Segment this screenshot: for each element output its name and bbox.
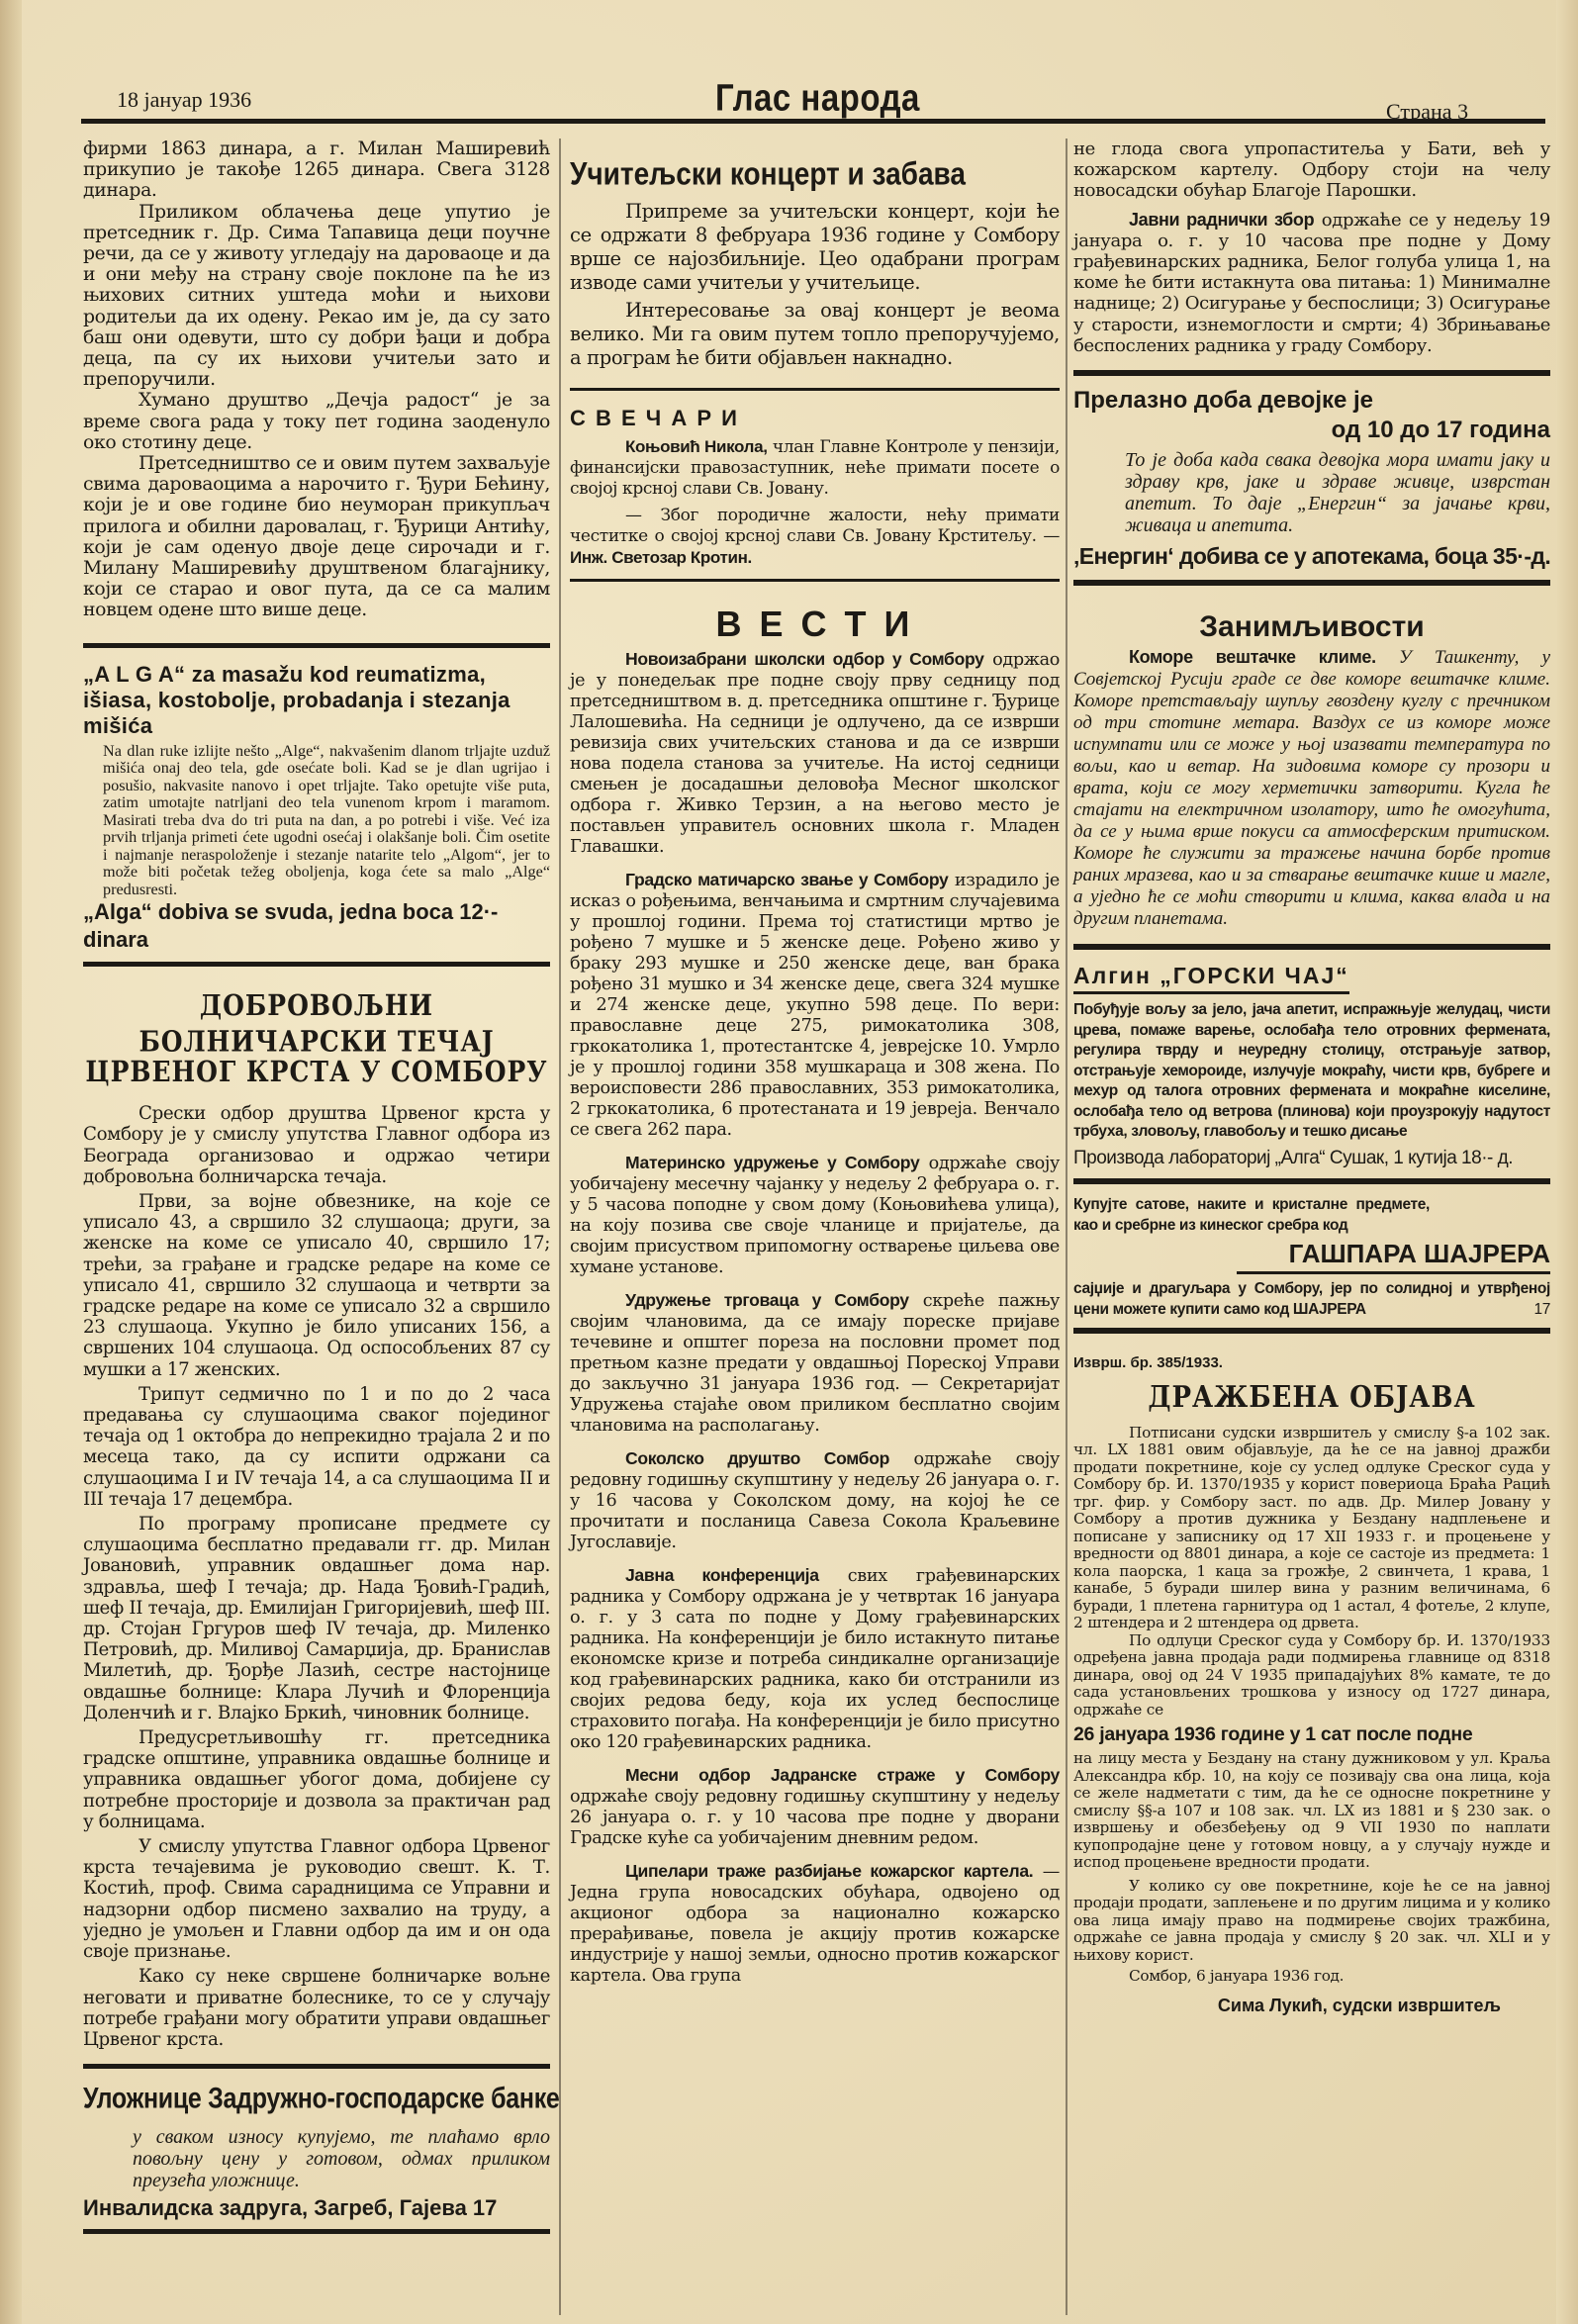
paragraph: У смислу упутства Главног одбора Црвеног…	[83, 1836, 550, 1962]
ad-brand: ГАШПАРА ШАЈРЕРА	[1237, 1236, 1550, 1274]
paragraph-text: — Због породичне жалости, нећу примати ч…	[570, 506, 1060, 546]
news-text: свих грађевинарских радника у Сомбору од…	[570, 1566, 1060, 1752]
section-headline: С В Е Ч А Р И	[570, 401, 1060, 436]
ad-footer: Инвалидска задруга, Загреб, Гајева 17	[83, 2191, 550, 2225]
paragraph: По програму прописане предмете су слушао…	[83, 1514, 550, 1723]
section-headline: В Е С Т И	[570, 604, 1060, 645]
ad-footer: „Alga“ dobiva se svuda, jedna boca 12·- …	[83, 898, 550, 954]
ad-body: Na dlan ruke izlijte nešto „Alge“, nakva…	[103, 743, 550, 899]
section-news: В Е С Т И Новоизабрани школски одбор у С…	[570, 604, 1060, 1987]
advertisement-energin: Прелазно доба девојке је од 10 до 17 год…	[1073, 386, 1550, 576]
masthead: 18 јануар 1936 Глас народа Страна 3	[117, 83, 1551, 133]
divider-rule	[570, 579, 1060, 582]
paragraph: По одлуци Среског суда у Сомбору бр. И. …	[1073, 1632, 1550, 1720]
paragraph: Први, за војне обвезнике, на које се упи…	[83, 1191, 550, 1380]
ad-headline: Прелазно доба девојке је	[1073, 386, 1550, 416]
article-headline: Учитељски концерт и забава	[570, 151, 1060, 197]
news-item: Месни одбор Јадранске страже у Сомбору о…	[570, 1765, 1060, 1849]
newspaper-title: Глас народа	[715, 76, 920, 120]
ad-headline: Уложнице Задружно-господарске банке	[83, 2075, 550, 2122]
news-item: Удружење трговаца у Сомбору скреће пажњу…	[570, 1290, 1060, 1437]
ad-number: 17	[1533, 1299, 1550, 1320]
news-lead: Јавни раднички збор	[1129, 210, 1314, 230]
place-date: Сомбор, 6 јануара 1936 год.	[1073, 1964, 1550, 1988]
paragraph-text: У Ташкенту, у Совјетској Русији граде се…	[1073, 647, 1550, 929]
article-red-cross: ДОБРОВОЉНИ БОЛНИЧАРСКИ ТЕЧАЈ ЦРВЕНОГ КРС…	[83, 992, 550, 2050]
news-item: Јавна конференција свих грађевинарских р…	[570, 1565, 1060, 1753]
column-divider	[559, 139, 561, 2315]
divider-rule	[1073, 370, 1550, 376]
paragraph: Претседништво се и овим путем захваљује …	[83, 453, 550, 621]
news-item: Материнско удружење у Сомбору одржаће св…	[570, 1153, 1060, 1278]
paragraph-text: одржаће се у недељу 19 јануара о. г. у 1…	[1073, 210, 1550, 356]
ad-headline: од 10 до 17 година	[1073, 416, 1550, 445]
paragraph: не глода свога упропаститеља у Бати, већ…	[1073, 139, 1550, 202]
signature: Сима Лукић, судски извршитељ	[1073, 1988, 1501, 2023]
ad-footer: Производа лабораториј „Алга“ Сушак, 1 ку…	[1073, 1143, 1550, 1174]
paragraph: Предусретљивошћу гг. претседника градске…	[83, 1727, 550, 1832]
news-lead: Градско матичарско звање у Сомбору	[625, 870, 948, 889]
news-text: израдило је исказ о рођењима, венчањима …	[570, 871, 1060, 1140]
ad-body: у сваком износу купујемо, те плаћамо врл…	[133, 2126, 550, 2191]
article-teachers-concert: Учитељски концерт и забава Припреме за у…	[570, 154, 1060, 370]
ad-body: То је доба када свака девојка мора имати…	[1125, 449, 1550, 536]
divider-rule	[83, 643, 550, 648]
divider-rule	[1073, 944, 1550, 950]
news-text: одржао је у понедељак пре подне своју пр…	[570, 650, 1060, 857]
paragraph: Интересовање за овај концерт је веома ве…	[570, 299, 1060, 370]
divider-rule	[1073, 1328, 1550, 1334]
column-left: фирми 1863 динара, а г. Милан Маширевић …	[83, 139, 550, 2244]
ad-brand: „A L G A“	[83, 662, 185, 687]
ad-body-text: сајџије и драгуљара у Сомбору, јер по со…	[1073, 1280, 1550, 1318]
article-shoemakers-continued: не глода свога упропаститеља у Бати, већ…	[1073, 139, 1550, 356]
news-lead: Соколско друштво Сомбор	[625, 1448, 889, 1468]
section-headline: Занимљивости	[1073, 607, 1550, 647]
news-text: одржаће своју редовну годишњу скупштину …	[570, 1787, 1060, 1848]
notice-headline: ДРАЖБЕНА ОБЈАВА	[1073, 1373, 1550, 1421]
person-name: Инж. Светозар Кротин.	[570, 548, 752, 567]
legal-notice-auction: Изврш. бр. 385/1933. ДРАЖБЕНА ОБЈАВА Пот…	[1073, 1353, 1550, 2024]
ad-headline: Алгин „ГОРСКИ ЧАЈ“	[1073, 960, 1349, 994]
auction-date: 26 јануара 1936 године у 1 сат после под…	[1073, 1719, 1550, 1750]
paragraph: фирми 1863 динара, а г. Милан Маширевић …	[83, 139, 550, 202]
case-reference: Изврш. бр. 385/1933.	[1073, 1353, 1550, 1373]
article-headline: ДОБРОВОЉНИ БОЛНИЧАРСКИ ТЕЧАЈ	[83, 987, 550, 1061]
news-text: скреће пажњу својим члановима, да се има…	[570, 1291, 1060, 1436]
paragraph: Приликом облачења деце упутио је претсед…	[83, 202, 550, 391]
news-lead: Удружење трговаца у Сомбору	[625, 1290, 909, 1310]
paragraph: на лицу места у Бездану на стану дужнико…	[1073, 1750, 1550, 1872]
news-lead: Јавна конференција	[625, 1565, 819, 1585]
issue-date: 18 јануар 1936	[117, 87, 251, 113]
ad-headline: „A L G A“ za masažu kod reumatizma, išia…	[83, 662, 550, 739]
ad-body: Купујте сатове, накитe и кристалне предм…	[1073, 1194, 1430, 1236]
divider-rule	[83, 962, 550, 967]
divider-rule	[1073, 580, 1550, 586]
news-lead: Новоизабрани школски одбор у Сомбору	[625, 649, 984, 669]
paragraph: Припреме за учитељски концерт, који ће с…	[570, 200, 1060, 295]
news-lead: Коморе вештачке климе.	[1129, 647, 1376, 667]
news-item: Новоизабрани школски одбор у Сомбору одр…	[570, 649, 1060, 858]
paragraph: Како су неке свршене болничарке вољне не…	[83, 1966, 550, 2050]
page-edge-right	[1556, 0, 1578, 2324]
advertisement-bank: Уложнице Задружно-господарске банке у св…	[83, 2079, 550, 2225]
divider-rule	[1073, 1178, 1550, 1184]
ad-body: Побуђује вољу за јело, јача апетит, испр…	[1073, 1000, 1550, 1143]
paragraph: У колико су ове покретнине, које ће се н…	[1073, 1878, 1550, 1965]
column-middle: Учитељски концерт и забава Припреме за у…	[570, 139, 1060, 1987]
paragraph: Јавни раднички збор одржаће се у недељу …	[1073, 210, 1550, 356]
divider-rule	[570, 388, 1060, 391]
ad-body: сајџије и драгуљара у Сомбору, јер по со…	[1073, 1278, 1550, 1320]
advertisement-jeweler: Купујте сатове, накитe и кристалне предм…	[1073, 1194, 1550, 1320]
paragraph: Коњовић Никола, члан Главне Контроле у п…	[570, 436, 1060, 500]
person-name: Коњовић Никола,	[625, 437, 768, 456]
column-divider	[1066, 139, 1067, 2315]
news-lead: Материнско удружење у Сомбору	[625, 1153, 919, 1172]
paragraph: Потписани судски извршитељ у смислу §-а …	[1073, 1425, 1550, 1632]
news-list: Новоизабрани школски одбор у Сомбору одр…	[570, 649, 1060, 1987]
news-item: Соколско друштво Сомбор одржаће своју ре…	[570, 1448, 1060, 1553]
news-item: Ципелари траже разбијање кожарског карте…	[570, 1861, 1060, 1987]
section-curiosities: Занимљивости Коморе вештачке климе. У Та…	[1073, 607, 1550, 930]
divider-rule	[83, 2064, 550, 2069]
paragraph: Трипут седмично по 1 и по до 2 часа пред…	[83, 1384, 550, 1510]
masthead-rule	[81, 119, 1545, 124]
article-headline: ЦРВЕНОГ КРСТА У СОМБОРУ	[83, 1054, 550, 1092]
advertisement-mountain-tea: Алгин „ГОРСКИ ЧАЈ“ Побуђује вољу за јело…	[1073, 960, 1550, 1174]
article-decja-radost-continued: фирми 1863 динара, а г. Милан Маширевић …	[83, 139, 550, 621]
paragraph: Срески одбор друштва Црвеног крста у Сом…	[83, 1103, 550, 1187]
paragraph: Коморе вештачке климе. У Ташкенту, у Сов…	[1073, 647, 1550, 930]
paragraph: Хумано друштво „Дечја радост“ је за врем…	[83, 390, 550, 453]
advertisement-alga: „A L G A“ za masažu kod reumatizma, išia…	[83, 658, 550, 955]
column-right: не глода свога упропаститеља у Бати, већ…	[1073, 139, 1550, 2023]
divider-rule	[83, 2229, 550, 2234]
article-svecari: С В Е Ч А Р И Коњовић Никола, члан Главн…	[570, 401, 1060, 569]
page-edge-left	[0, 0, 22, 2324]
news-lead: Ципелари траже разбијање кожарског карте…	[625, 1861, 1033, 1881]
news-item: Градско матичарско звање у Сомбору израд…	[570, 870, 1060, 1141]
news-lead: Месни одбор Јадранске страже у Сомбору	[625, 1765, 1060, 1785]
ad-footer: ‚Енергин‘ добива се у апотекама, боца 35…	[1073, 536, 1550, 576]
paragraph: — Због породичне жалости, нећу примати ч…	[570, 506, 1060, 569]
